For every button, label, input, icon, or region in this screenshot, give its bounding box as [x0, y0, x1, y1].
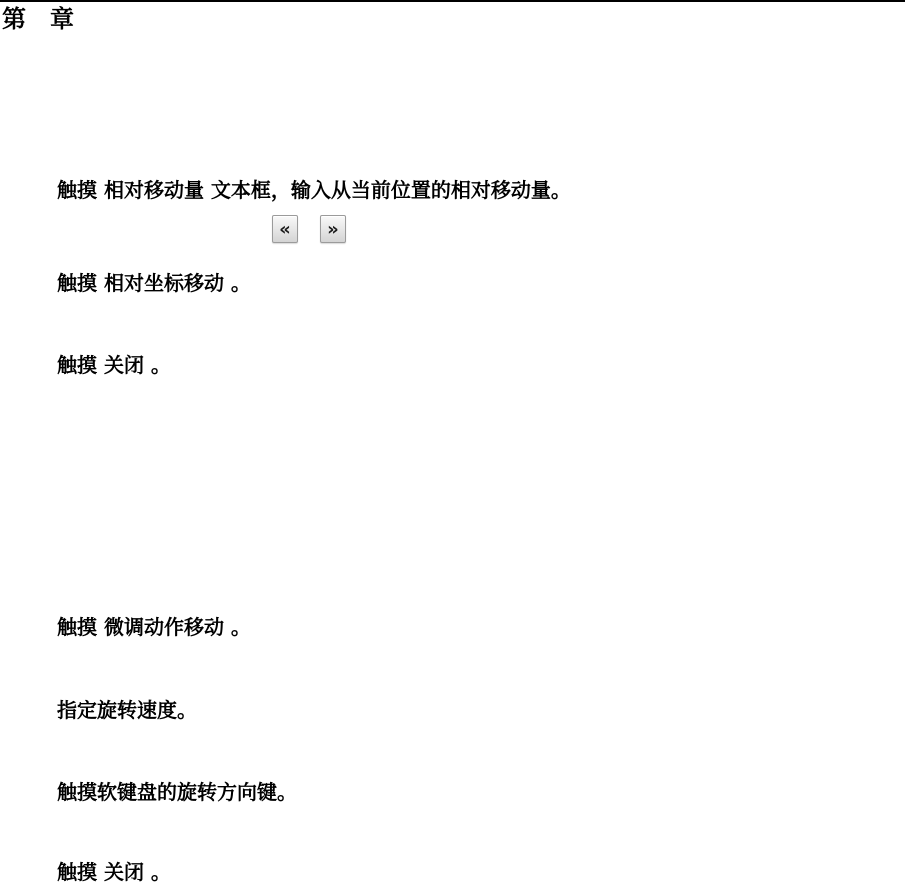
instruction-relative-move-amount: 触摸 相对移动量 文本框，输入从当前位置的相对移动量。 — [57, 177, 571, 203]
double-chevron-left-icon: « — [273, 217, 297, 242]
section-2-underline — [0, 0, 240, 2]
document-page: 第 章 触摸 相对移动量 文本框，输入从当前位置的相对移动量。 « » 触摸 相… — [0, 0, 905, 892]
instruction-fine-motion-move: 触摸 微调动作移动 。 — [57, 614, 251, 640]
instruction-close-1: 触摸 关闭 。 — [57, 352, 171, 378]
double-chevron-right-icon: » — [321, 217, 345, 242]
instruction-close-2: 触摸 关闭 。 — [57, 859, 171, 885]
instruction-specify-rotation-speed: 指定旋转速度。 — [57, 697, 197, 723]
jog-left-button[interactable]: « — [272, 215, 298, 243]
instruction-touch-rotation-direction-keys: 触摸软键盘的旋转方向键。 — [57, 779, 297, 805]
chapter-heading: 第 章 — [2, 4, 74, 34]
instruction-relative-coordinate-move: 触摸 相对坐标移动 。 — [57, 270, 251, 296]
jog-right-button[interactable]: » — [320, 215, 346, 243]
